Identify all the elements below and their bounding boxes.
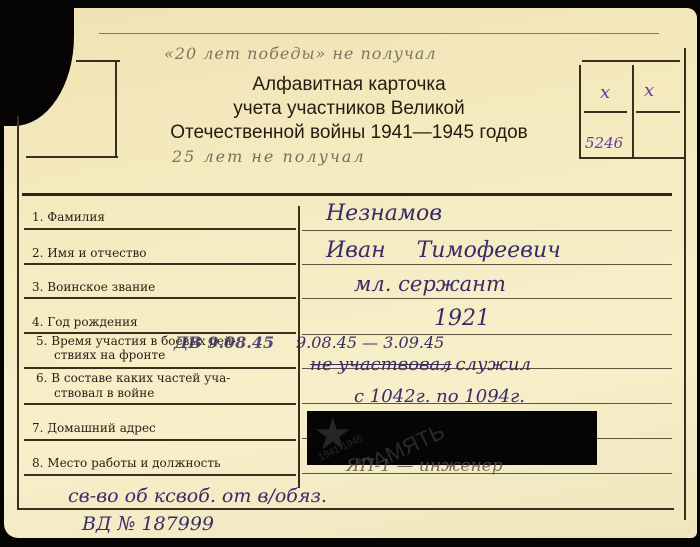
right-box-divider [632,65,634,157]
field-1-value: Незнамов [326,201,442,226]
corner-mark-left: x [600,82,610,103]
field-1-label: 1. Фамилия [32,210,105,224]
field-3-label: 3. Воинское звание [32,280,155,294]
title-line-1: Алфавитная карточка [124,74,574,96]
header-divider [22,193,672,196]
row-line [24,439,296,441]
right-box-bottom [579,157,685,159]
corner-mark-right: x [644,80,654,101]
row-line [302,230,672,231]
annotation-top: «20 лет победы» не получал [164,44,437,63]
left-box-top [76,60,120,62]
right-box-mid-left [584,111,627,113]
row-line [24,228,296,230]
field-6-value-line1: , служил [444,354,531,375]
alphabetical-card: x x 5246 «20 лет победы» не получал Алфа… [4,8,697,538]
field-5-value: 9.08.45 — 3.09.45 [296,333,444,352]
field-6-value-line2: с 1042г. по 1094г. [354,386,525,407]
row-line [24,403,296,405]
row-line [302,298,672,299]
left-box-bottom [26,156,118,158]
field-2-label: 2. Имя и отчество [32,246,147,260]
frame-top-line [99,33,659,34]
frame-left-line [17,116,19,510]
field-8-label: 8. Место работы и должность [32,456,221,470]
field-2-value: Иван Тимофеевич [326,238,561,263]
footer-line-2: ВД № 187999 [82,513,214,535]
field-8-value: ЯП-1 — инженер [346,456,503,476]
annotation-below-title: 25 лет не получал [172,147,366,166]
frame-right-line [684,48,686,520]
right-box-top [582,60,680,62]
card-number: 5246 [585,134,623,152]
field-6-label: 6. В составе каких частей уча- ствовал в… [36,371,230,401]
title-line-2: учета участников Великой [124,98,574,120]
field-3-value: мл. сержант [354,272,506,296]
torn-corner [4,8,74,126]
field-6-struck: не участвовал [310,354,452,375]
row-line [302,264,672,265]
field-4-label: 4. Год рождения [32,315,138,329]
frame-bottom-line [18,508,674,510]
footer-line-1: св-во об ксвоб. от в/обяз. [68,485,327,507]
title-line-3: Отечественной войны 1941—1945 годов [114,122,584,144]
field-4-value: 1921 [434,306,490,331]
row-line [24,474,296,476]
right-box-mid-right [636,111,680,113]
row-line [24,263,296,265]
row-line [24,367,296,369]
field-7-label: 7. Домашний адрес [32,421,156,435]
field-5-prefix: ДВ 9.08.45 [174,333,274,352]
row-line [24,297,296,299]
